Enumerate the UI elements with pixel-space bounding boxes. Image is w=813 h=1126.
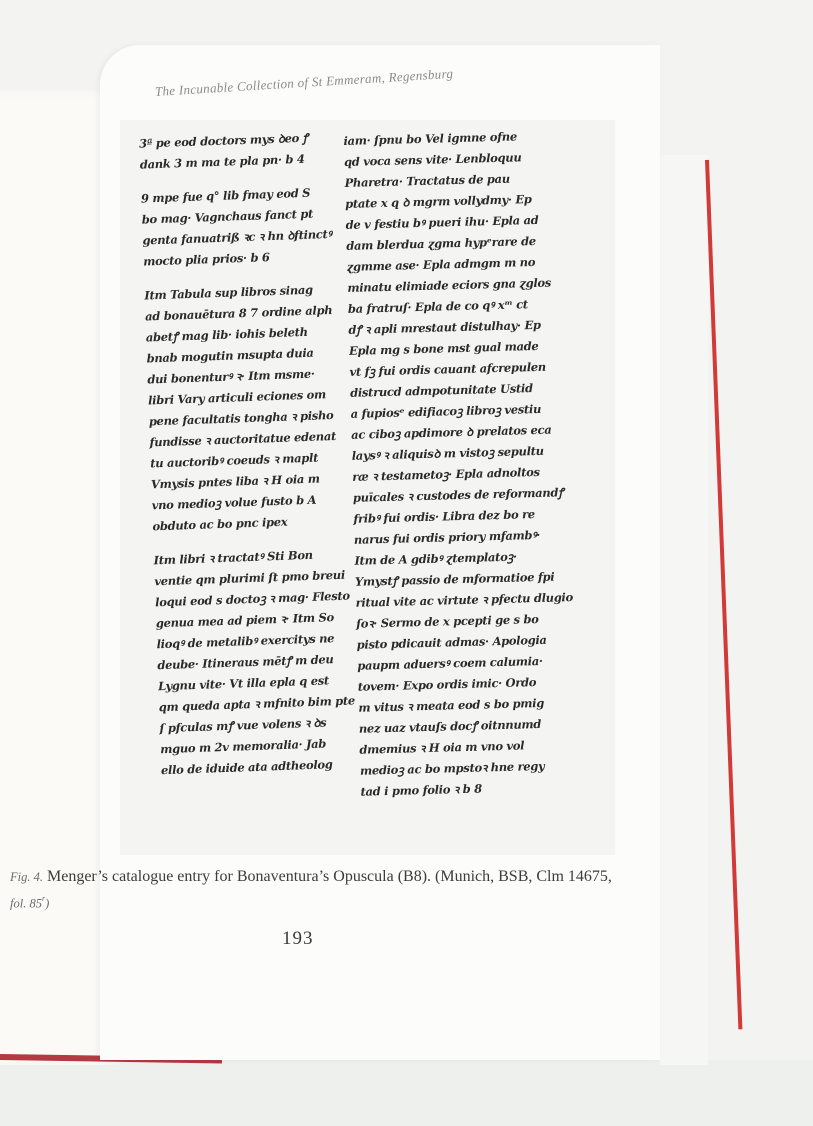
manuscript-left-column: 3ª pe eod doctors mys ꝺeo ꝭdank 3 m ma t… — [139, 127, 358, 781]
figure-label: Fig. 4. — [10, 870, 43, 884]
manuscript-right-column: iam· ſpnu bo Vel igmne ofneqd voca sens … — [343, 125, 578, 802]
page-block-edge — [660, 155, 708, 1065]
page-number: 193 — [282, 928, 314, 950]
book-cover-edge-right — [705, 160, 742, 1030]
figure-caption: Fig. 4. Menger’s catalogue entry for Bon… — [10, 866, 650, 914]
caption-folio: fol. 85 — [10, 896, 42, 910]
caption-end: ) — [45, 896, 49, 910]
caption-text: Menger’s catalogue entry for Bonaventura… — [47, 868, 612, 885]
table-surface — [0, 1060, 813, 1126]
